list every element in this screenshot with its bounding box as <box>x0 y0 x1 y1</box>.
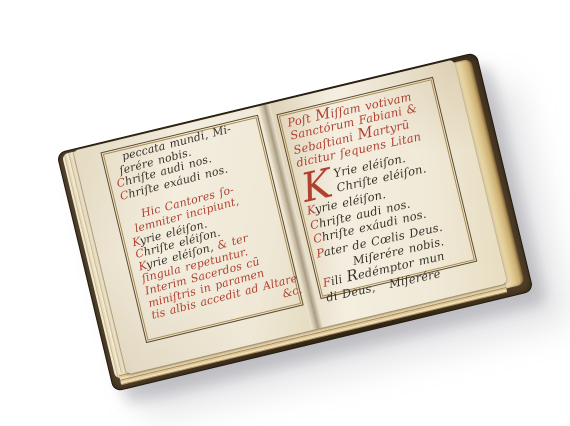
photo-background: peccata mundi, Mi-ſerére nobis.Chriſte a… <box>0 0 570 426</box>
open-book: peccata mundi, Mi-ſerére nobis.Chriſte a… <box>56 52 533 392</box>
page-spread: peccata mundi, Mi-ſerére nobis.Chriſte a… <box>73 60 507 375</box>
